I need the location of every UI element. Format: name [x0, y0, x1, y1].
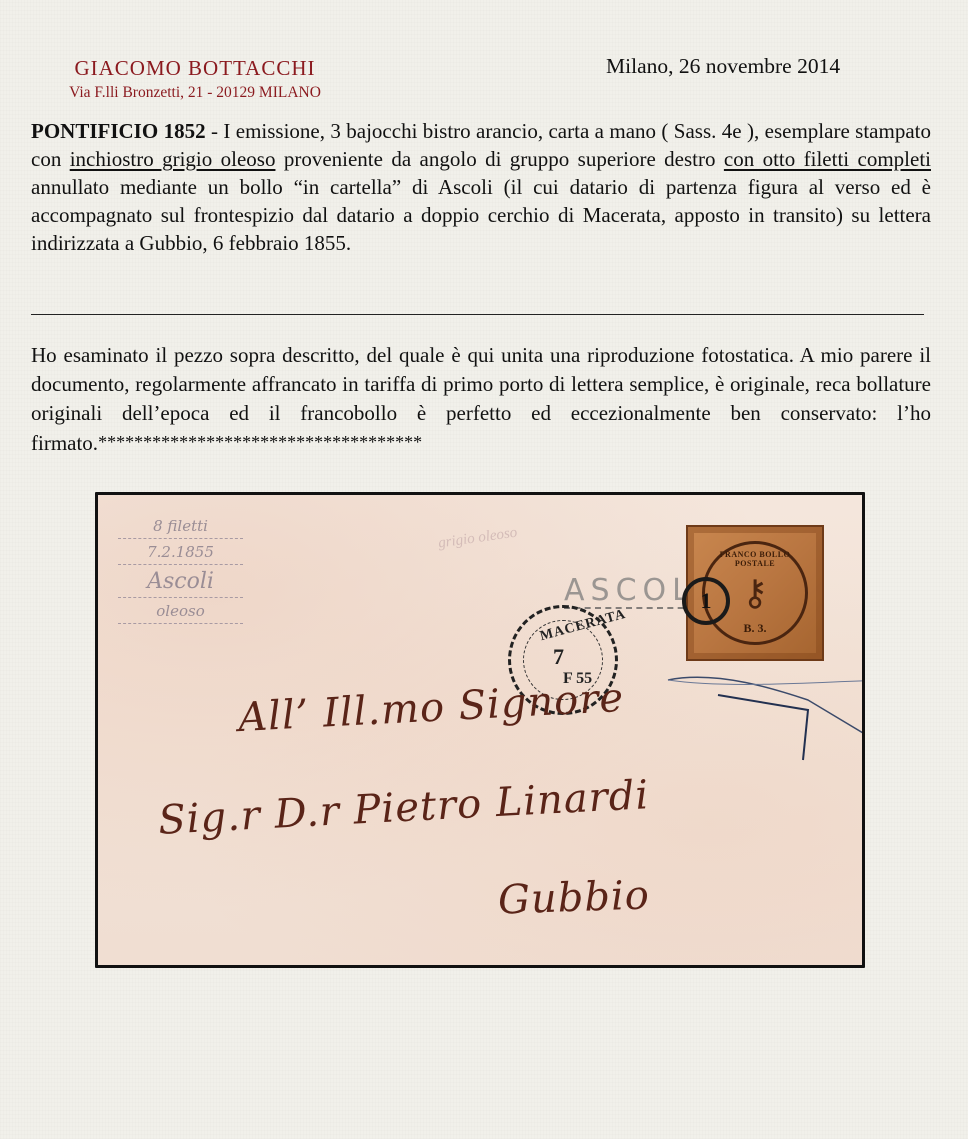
stamp-description: PONTIFICIO 1852 - I emissione, 3 bajocch… — [31, 117, 931, 257]
description-underline-1: inchiostro grigio oleoso — [70, 147, 276, 171]
opinion-stars: ************************************ — [98, 432, 422, 452]
address-line: All’ Ill.mo Signore — [237, 675, 625, 741]
expert-address: Via F.lli Bronzetti, 21 - 20129 MILANO — [30, 83, 360, 103]
pencil-note: 8 filetti — [118, 513, 243, 539]
stamp-inscription: FRANCO BOLLO POSTALE — [705, 550, 805, 568]
address-line: Sig.r D.r Pietro Linardi — [157, 772, 650, 844]
pencil-note: 7.2.1855 — [118, 539, 243, 565]
letterhead: GIACOMO BOTTACCHI Via F.lli Bronzetti, 2… — [30, 55, 360, 103]
pencil-notes: 8 filetti 7.2.1855 Ascoli oleoso — [118, 513, 243, 624]
postage-stamp: FRANCO BOLLO POSTALE ⚷ B. 3. 1 — [686, 525, 824, 661]
stamp-value: B. 3. — [705, 621, 805, 636]
description-heading: PONTIFICIO 1852 — [31, 119, 206, 143]
description-text-3: annullato mediante un bollo “in cartella… — [31, 175, 931, 255]
certificate-date: Milano, 26 novembre 2014 — [606, 54, 840, 79]
description-underline-2: con otto filetti completi — [724, 147, 931, 171]
pencil-note: oleoso — [118, 598, 243, 624]
cartella-cancel: ASCOLI — [564, 573, 694, 609]
letter-cover-photo: 8 filetti 7.2.1855 Ascoli oleoso grigio … — [95, 492, 865, 968]
pencil-note: Ascoli — [118, 565, 243, 598]
expert-name: GIACOMO BOTTACCHI — [30, 55, 360, 81]
description-text-2: proveniente da angolo di gruppo superior… — [275, 147, 723, 171]
postmark-day: 7 — [553, 644, 564, 670]
crossed-keys-icon: ⚷ — [742, 572, 768, 614]
address-line: Gubbio — [497, 872, 650, 923]
expert-opinion: Ho esaminato il pezzo sopra descritto, d… — [31, 341, 931, 458]
section-divider — [31, 314, 924, 315]
numeral-cancel: 1 — [682, 577, 730, 625]
pencil-faint-note: grigio oleoso — [437, 525, 518, 553]
blue-pencil-mark — [658, 670, 865, 790]
